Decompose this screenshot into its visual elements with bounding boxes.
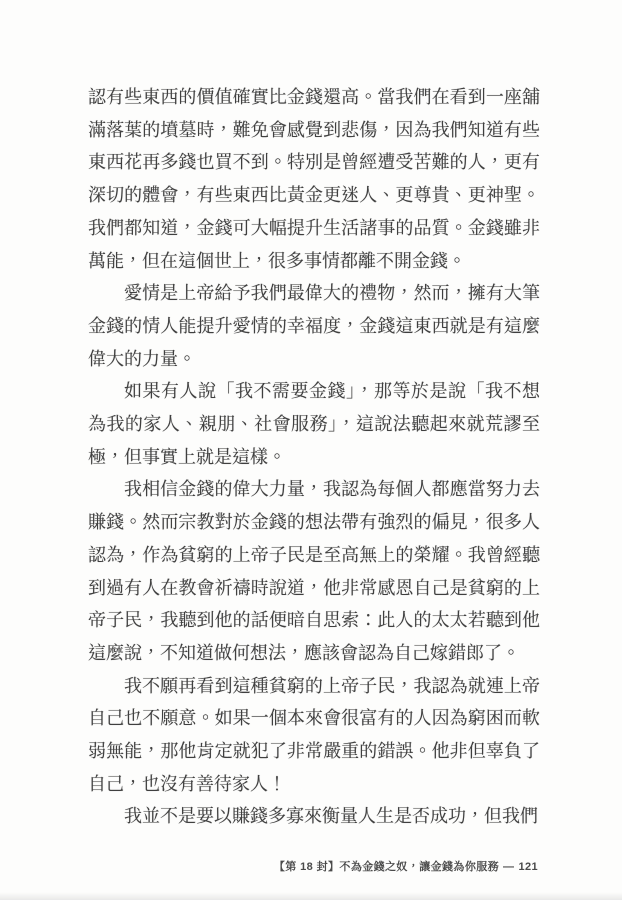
paragraph: 我並不是要以賺錢多寡來衡量人生是否成功，但我們 [88, 800, 540, 833]
book-page: 認有些東西的價值確實比金錢還高。當我們在看到一座舖滿落葉的墳墓時，難免會感覺到悲… [0, 0, 622, 900]
page-number: 121 [518, 861, 538, 873]
paragraph: 如果有人說「我不需要金錢」，那等於是說「我不想為我的家人、親朋、社會服務」，這說… [88, 375, 540, 473]
paragraph-continuation: 認有些東西的價值確實比金錢還高。當我們在看到一座舖滿落葉的墳墓時，難免會感覺到悲… [88, 81, 540, 277]
paragraph: 愛情是上帝給予我們最偉大的禮物，然而，擁有大筆金錢的情人能提升愛情的幸福度，金錢… [88, 277, 540, 375]
chapter-title: 【第 18 封】不為金錢之奴，讓金錢為你服務 [274, 861, 499, 873]
footer-separator: — [503, 861, 514, 873]
paragraph: 我不願再看到這種貧窮的上帝子民，我認為就連上帝自己也不願意。如果一個本來會很富有… [88, 670, 540, 801]
paragraph: 我相信金錢的偉大力量，我認為每個人都應當努力去賺錢。然而宗教對於金錢的想法帶有強… [88, 473, 540, 669]
body-text: 認有些東西的價值確實比金錢還高。當我們在看到一座舖滿落葉的墳墓時，難免會感覺到悲… [88, 81, 540, 833]
page-footer: 【第 18 封】不為金錢之奴，讓金錢為你服務—121 [274, 858, 538, 874]
scan-edge-shadow [0, 892, 622, 900]
